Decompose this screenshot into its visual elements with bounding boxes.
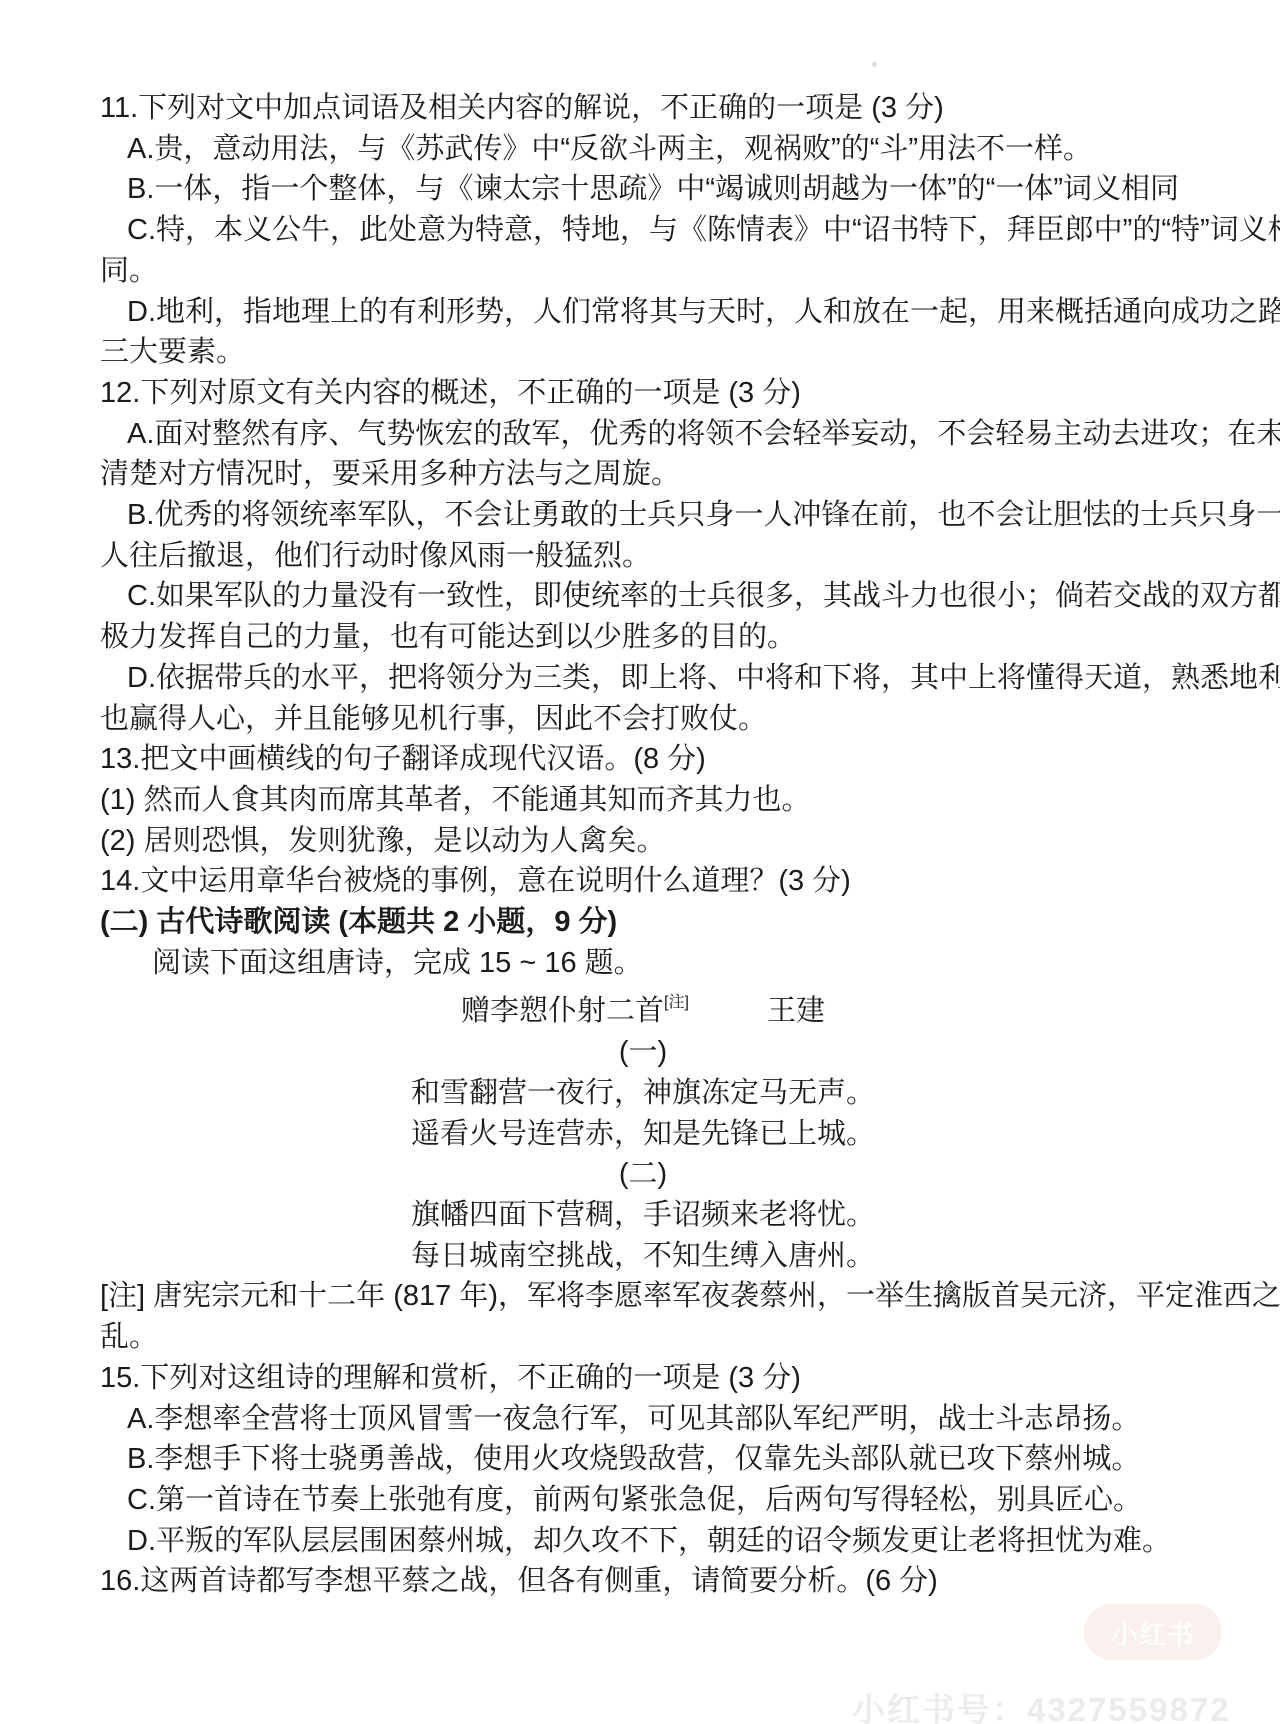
poetry-section-heading: (二) 古代诗歌阅读 (本题共 2 小题，9 分) — [100, 902, 1186, 943]
poem-part2-line2: 每日城南空挑战，不知生缚入唐州。 — [100, 1236, 1186, 1277]
xiaohongshu-watermark-badge: 小红书 — [1084, 1604, 1222, 1660]
poem-footnote: [注] 唐宪宗元和十二年 (817 年)，军将李愿率军夜袭蔡州，一举生擒版首吴元… — [100, 1276, 1186, 1317]
poem-title-line: 赠李愬仆射二首[注]王建 — [100, 983, 1186, 1032]
q12-option-c: C.如果军队的力量没有一致性，即使统率的士兵很多，其战斗力也很小；倘若交战的双方… — [100, 576, 1186, 617]
q11-stem: 11.下列对文中加点词语及相关内容的解说，不正确的一项是 (3 分) — [100, 88, 1186, 129]
q12-option-a: A.面对整然有序、气势恢宏的敌军，优秀的将领不会轻举妄动，不会轻易主动去进攻；在… — [100, 414, 1186, 455]
q11-option-d-cont: 三大要素。 — [100, 332, 1186, 373]
q12-option-a-cont: 清楚对方情况时，要采用多种方法与之周旋。 — [100, 454, 1186, 495]
q15-option-c: C.第一首诗在节奏上张弛有度，前两句紧张急促，后两句写得轻松，别具匠心。 — [100, 1480, 1186, 1521]
q11-option-c: C.特，本义公牛，此处意为特意，特地，与《陈情表》中“诏书特下，拜臣郎中”的“特… — [100, 210, 1186, 251]
q15-option-a: A.李想率全营将士顶风冒雪一夜急行军，可见其部队军纪严明，战士斗志昂扬。 — [100, 1399, 1186, 1440]
q15-stem: 15.下列对这组诗的理解和赏析，不正确的一项是 (3 分) — [100, 1358, 1186, 1399]
q16-stem: 16.这两首诗都写李想平蔡之战，但各有侧重，请简要分析。(6 分) — [100, 1561, 1186, 1602]
q12-stem: 12.下列对原文有关内容的概述，不正确的一项是 (3 分) — [100, 373, 1186, 414]
q13-sentence-1: (1) 然而人食其肉而席其革者，不能通其知而齐其力也。 — [100, 780, 1186, 821]
q12-option-b: B.优秀的将领统率军队，不会让勇敢的士兵只身一人冲锋在前，也不会让胆怯的士兵只身… — [100, 495, 1186, 536]
q12-option-c-cont: 极力发挥自己的力量，也有可能达到以少胜多的目的。 — [100, 617, 1186, 658]
q11-option-d: D.地利，指地理上的有利形势，人们常将其与天时，人和放在一起，用来概括通向成功之… — [100, 292, 1186, 333]
q13-sentence-2: (2) 居则恐惧，发则犹豫，是以动为人禽矣。 — [100, 821, 1186, 862]
poem-part2-line1: 旗幡四面下营稠，手诏频来老将忧。 — [100, 1195, 1186, 1236]
poem-part1-label: (一) — [100, 1032, 1186, 1073]
q12-option-b-cont: 人往后撤退，他们行动时像风雨一般猛烈。 — [100, 536, 1186, 577]
poem-title-note-marker: [注] — [664, 994, 689, 1011]
poem-footnote-cont: 乱。 — [100, 1317, 1186, 1358]
q11-option-b: B.一体，指一个整体，与《谏太宗十思疏》中“竭诚则胡越为一体”的“一体”词义相同 — [100, 169, 1186, 210]
poem-author: 王建 — [767, 995, 825, 1027]
exam-page: 11.下列对文中加点词语及相关内容的解说，不正确的一项是 (3 分) A.贵，意… — [100, 88, 1186, 1602]
xiaohongshu-account-watermark: 小红书号：4327559872 — [852, 1684, 1231, 1724]
q11-option-c-cont: 同。 — [100, 251, 1186, 292]
q15-option-b: B.李想手下将士骁勇善战，使用火攻烧毁敌营，仅靠先头部队就已攻下蔡州城。 — [100, 1439, 1186, 1480]
q12-option-d-cont: 也赢得人心，并且能够见机行事，因此不会打败仗。 — [100, 699, 1186, 740]
q14-stem: 14.文中运用章华台被烧的事例，意在说明什么道理？(3 分) — [100, 861, 1186, 902]
q12-option-d: D.依据带兵的水平，把将领分为三类，即上将、中将和下将，其中上将懂得天道，熟悉地… — [100, 658, 1186, 699]
poem-title: 赠李愬仆射二首 — [461, 995, 664, 1027]
scan-speck — [872, 62, 877, 67]
poem-part1-line1: 和雪翻营一夜行，神旗冻定马无声。 — [100, 1073, 1186, 1114]
q11-option-a: A.贵，意动用法，与《苏武传》中“反欲斗两主，观祸败”的“斗”用法不一样。 — [100, 129, 1186, 170]
poem-part2-label: (二) — [100, 1154, 1186, 1195]
q13-stem: 13.把文中画横线的句子翻译成现代汉语。(8 分) — [100, 739, 1186, 780]
poetry-intro: 阅读下面这组唐诗，完成 15 ~ 16 题。 — [100, 943, 1186, 984]
poem-part1-line2: 遥看火号连营赤，知是先锋已上城。 — [100, 1114, 1186, 1155]
q15-option-d: D.平叛的军队层层围困蔡州城，却久攻不下，朝廷的诏令频发更让老将担忧为难。 — [100, 1521, 1186, 1562]
